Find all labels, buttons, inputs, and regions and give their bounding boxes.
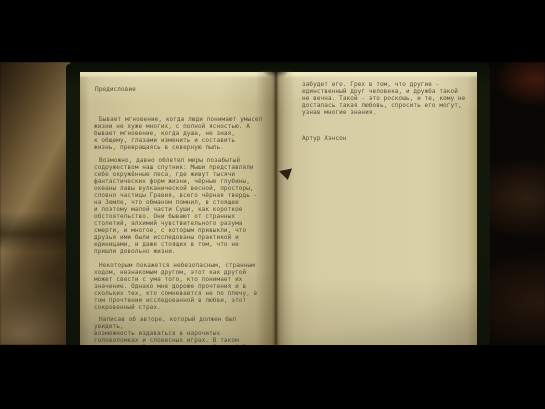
video-frame: Предисловие Бывает мгновение, когда люди… — [0, 0, 545, 409]
preface-heading: Предисловие — [95, 86, 136, 93]
left-page-paragraph-2: Возможно, давно облетел миры позабытый с… — [94, 157, 264, 255]
author-signature: Артур Хэнсон — [302, 135, 347, 142]
letterbox-bottom — [0, 345, 545, 409]
left-page-paragraph-3: Некоторым покажется небезопасным, странн… — [94, 262, 264, 311]
background-dark — [486, 62, 545, 345]
game-scene: Предисловие Бывает мгновение, когда люди… — [0, 62, 545, 345]
right-page-paragraph-1: забудет его. Грех в том, что другие - ед… — [302, 81, 467, 116]
open-book: Предисловие Бывает мгновение, когда люди… — [66, 64, 490, 345]
book-page-left[interactable]: Предисловие Бывает мгновение, когда люди… — [80, 72, 277, 345]
left-page-paragraph-4: Написав об авторе, который должен был ув… — [94, 316, 266, 345]
left-page-paragraph-1: Бывает мгновение, когда люди понимают ум… — [94, 116, 264, 151]
book-page-right[interactable]: забудет его. Грех в том, что другие - ед… — [277, 72, 477, 345]
background-drapery — [0, 62, 70, 345]
letterbox-top — [0, 0, 545, 62]
